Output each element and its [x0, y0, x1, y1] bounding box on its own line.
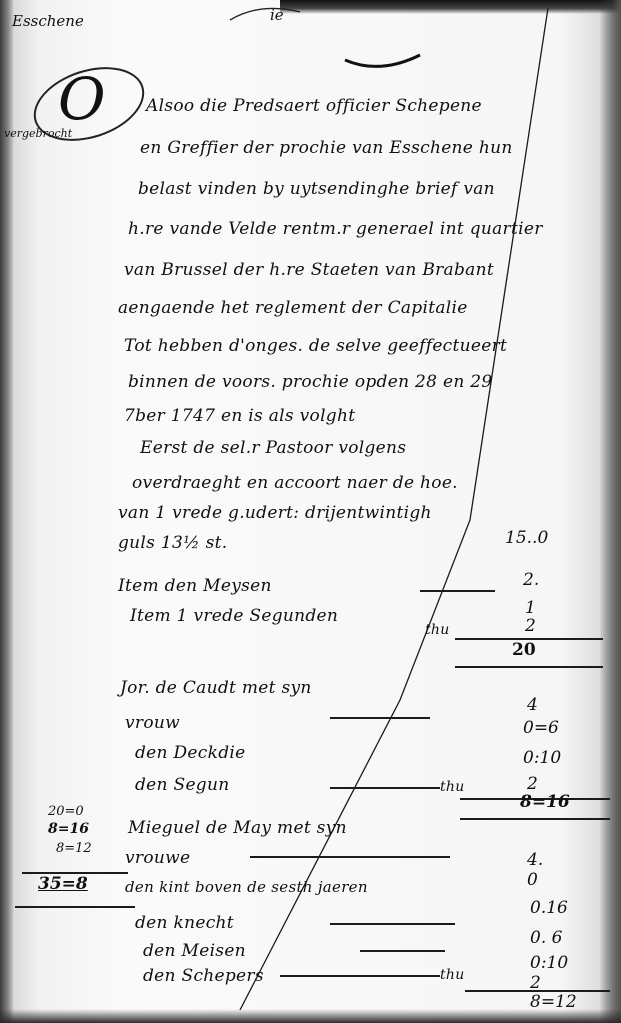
- entry-amount: 0:10: [530, 955, 568, 972]
- entry-amount: 0: [527, 872, 538, 889]
- entry-line: den knecht: [135, 915, 234, 932]
- entry-line: Eerst de sel.r Pastoor volgens: [140, 440, 406, 457]
- entry-amount: 2.: [523, 572, 539, 589]
- entry-amount: 4: [527, 697, 538, 714]
- page-right-edge: [599, 0, 621, 1023]
- entry-line: den Schepers: [143, 968, 264, 985]
- paragraph-line: aengaende het reglement der Capitalie: [118, 300, 468, 317]
- folio-mark: ie: [270, 8, 284, 23]
- margin-total: 35=8: [38, 876, 88, 893]
- entry-rule: [330, 787, 440, 789]
- entry-amount: 1: [525, 600, 536, 617]
- paragraph-line: en Greffier der prochie van Esschene hun: [140, 140, 513, 157]
- entry-line: Item 1 vrede Segunden: [130, 608, 338, 625]
- entry-amount: 15..0: [505, 530, 548, 547]
- paragraph-line: Alsoo die Predsaert officier Schepene: [146, 98, 482, 115]
- entry-line: guls 13½ st.: [118, 535, 227, 552]
- entry-amount: 4.: [527, 852, 543, 869]
- entry-line: overdraeght en accoort naer de hoe.: [132, 475, 458, 492]
- margin-rule: [15, 906, 135, 908]
- entry-rule: [330, 923, 455, 925]
- entry-amount: 2: [525, 618, 536, 635]
- page-left-edge: [0, 0, 14, 1023]
- subtotal-rule: [455, 666, 603, 668]
- entry-line: vrouw: [125, 715, 180, 732]
- entry-rule: [420, 590, 495, 592]
- subtotal-amount: 20: [512, 642, 536, 659]
- entry-rule: [250, 856, 450, 858]
- entry-mark: thu: [440, 968, 465, 982]
- entry-line: Item den Meysen: [118, 578, 272, 595]
- entry-line: den Meisen: [143, 943, 246, 960]
- margin-tally: 20=0: [48, 805, 84, 818]
- entry-line: van 1 vrede g.udert: drijentwintigh: [118, 505, 432, 522]
- paragraph-line: belast vinden by uytsendinghe brief van: [138, 181, 495, 198]
- paragraph-line: binnen de voors. prochie opden 28 en 29: [128, 374, 493, 391]
- paragraph-line: Tot hebben d'onges. de selve geeffectuee…: [124, 338, 507, 355]
- entry-amount: 0.16: [530, 900, 568, 917]
- subtotal-amount: 8=16: [520, 794, 570, 811]
- initial-letter: O: [58, 70, 106, 128]
- entry-line: den Deckdie: [135, 745, 246, 762]
- entry-amount: 0:10: [523, 750, 561, 767]
- page-top-edge: [280, 0, 621, 14]
- entry-line: den Segun: [135, 777, 229, 794]
- manuscript-page: Esschene ie O vergebrocht Alsoo die Pred…: [0, 0, 621, 1023]
- place-heading: Esschene: [12, 14, 84, 29]
- entry-rule: [330, 717, 430, 719]
- entry-mark: thu: [425, 623, 450, 637]
- entry-mark: thu: [440, 780, 465, 794]
- entry-rule: [360, 950, 445, 952]
- entry-amount: 2: [527, 776, 538, 793]
- paragraph-line: van Brussel der h.re Staeten van Brabant: [124, 262, 494, 279]
- entry-line: vrouwe: [125, 850, 190, 867]
- margin-tally: 8=16: [48, 822, 89, 836]
- paragraph-line: h.re vande Velde rentm.r generael int qu…: [128, 221, 543, 238]
- page-bottom-edge: [0, 1009, 621, 1023]
- entry-amount: 0=6: [523, 720, 559, 737]
- margin-tally: 8=12: [56, 842, 92, 855]
- entry-amount: 0. 6: [530, 930, 562, 947]
- entry-rule: [280, 975, 440, 977]
- margin-note-vergebrocht: vergebrocht: [4, 128, 72, 139]
- subtotal-rule: [460, 818, 610, 820]
- paragraph-line: 7ber 1747 en is als volght: [124, 408, 355, 425]
- entry-line: den kint boven de sesth jaeren: [125, 880, 368, 895]
- entry-line: Mieguel de May met syn: [128, 820, 347, 837]
- entry-line: Jor. de Caudt met syn: [120, 680, 312, 697]
- subtotal-amount: 8=12: [530, 994, 577, 1011]
